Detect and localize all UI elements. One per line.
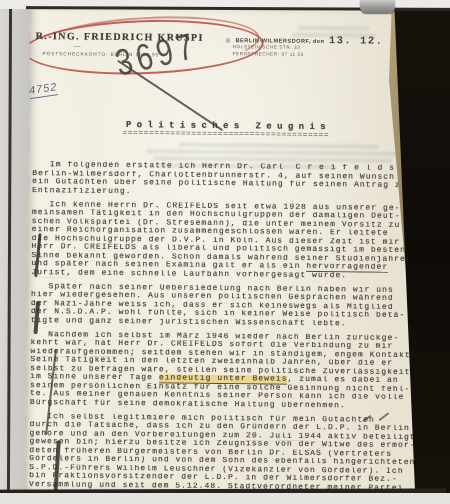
- letterhead-divider: —: [74, 43, 81, 50]
- bleed-through-text: [147, 149, 399, 155]
- paragraph: Im folgenden erstatte ich Herrn Dr. Carl…: [32, 161, 420, 199]
- bleed-through-text: [152, 156, 392, 162]
- paragraph: Ich selbst legitimiere mich politisch fü…: [29, 413, 418, 494]
- handwritten-number-blue: 4752: [28, 81, 58, 99]
- letterhead-phone: FERNSPRECHER: 87 11 55: [233, 51, 304, 57]
- bleed-through-text: [179, 143, 379, 149]
- bleed-through-text: [298, 26, 370, 30]
- document-page: R.-ING. FRIEDRICH KRUSPI — POSTSCHECKKON…: [25, 9, 424, 496]
- scan-background-bottom: [0, 493, 450, 504]
- paragraph: Nachdem ich selbst im März 1946 wieder n…: [30, 331, 419, 412]
- paragraph: Später nach seiner Uebersiedelung nach B…: [31, 283, 419, 330]
- paper-clip: [360, 0, 395, 13]
- letterhead-address: HOLSTEINISCHE STR. 33: [233, 44, 301, 50]
- document-body-text: Im folgenden erstatte ich Herrn Dr. Carl…: [29, 161, 420, 496]
- paragraph: Ich kenne Herrn Dr. CREIFELDS seit etwa …: [31, 201, 420, 282]
- phone-icon: ◎: [226, 38, 231, 44]
